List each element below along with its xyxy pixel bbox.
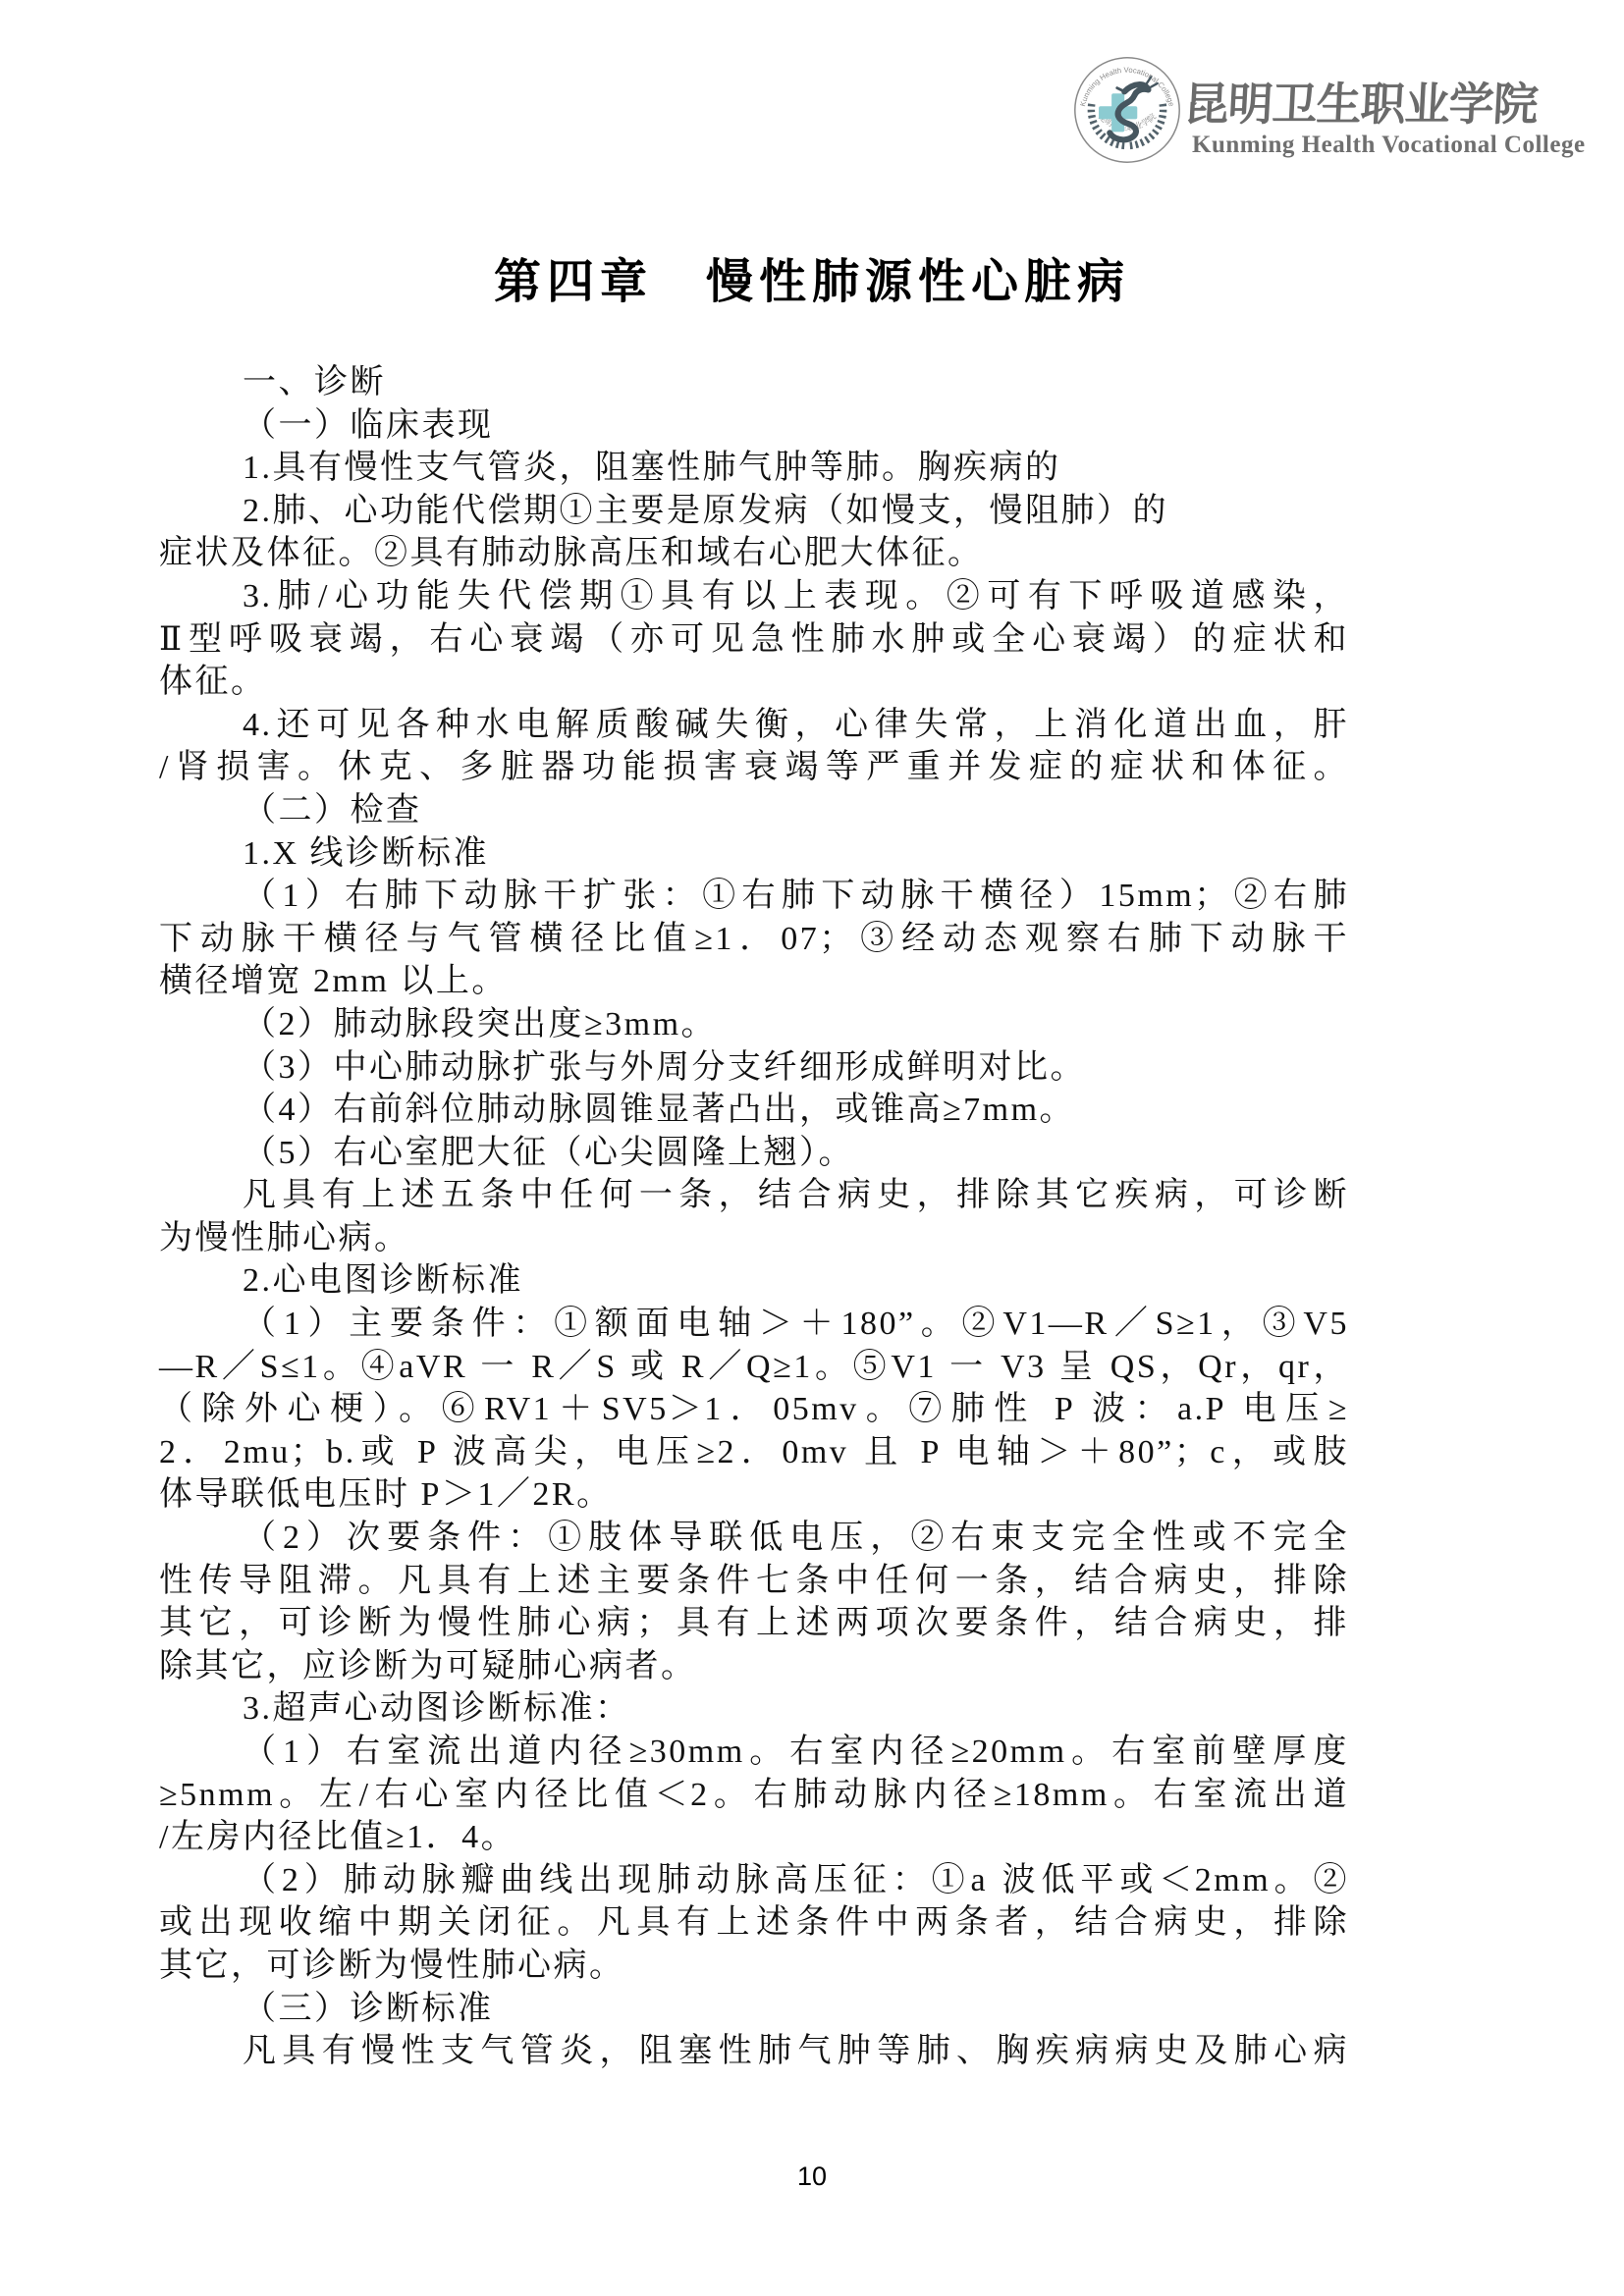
text-line: 2．2mu；b.或 P 波高尖，电压≥2．0mv 且 P 电轴＞＋80”；c，或… [159, 1431, 1349, 1474]
text-line: （2）肺动脉段突出度≥3mm。 [159, 1003, 1349, 1046]
text-line: （二）检查 [159, 789, 1349, 832]
text-line: 症状及体征。②具有肺动脉高压和域右心肥大体征。 [159, 532, 1349, 575]
text-line: /左房内径比值≥1．4。 [159, 1816, 1349, 1859]
text-line: （4）右前斜位肺动脉圆锥显著凸出，或锥高≥7mm。 [159, 1089, 1349, 1132]
text-line: 下动脉干横径与气管横径比值≥1．07；③经动态观察右肺下动脉干 [159, 918, 1349, 961]
document-page: Kunming Health Vocational College 昆明卫生职业… [0, 0, 1624, 2296]
college-name-english: Kunming Health Vocational College [1192, 132, 1555, 159]
text-line: /肾损害。休克、多脏器功能损害衰竭等严重并发症的症状和体征。 [159, 746, 1349, 789]
text-line: 或出现收缩中期关闭征。凡具有上述条件中两条者，结合病史，排除 [159, 1901, 1349, 1945]
college-name-calligraphy: 昆明卫生职业学院 [1182, 69, 1544, 130]
text-line: 除其它，应诊断为可疑肺心病者。 [159, 1645, 1349, 1688]
text-line: 4.还可见各种水电解质酸碱失衡，心律失常，上消化道出血，肝 [159, 704, 1349, 747]
text-line: 2.心电图诊断标准 [159, 1259, 1349, 1303]
text-line: Ⅱ型呼吸衰竭，右心衰竭（亦可见急性肺水肿或全心衰竭）的症状和 [159, 618, 1349, 662]
text-line: （三）诊断标准 [159, 1988, 1349, 2031]
text-line: （2）次要条件：①肢体导联低电压，②右束支完全性或不完全 [159, 1517, 1349, 1560]
text-line: 横径增宽 2mm 以上。 [159, 960, 1349, 1003]
text-line: 凡具有上述五条中任何一条，结合病史，排除其它疾病，可诊断 [159, 1174, 1349, 1217]
text-line: 3.肺/心功能失代偿期①具有以上表现。②可有下呼吸道感染， [159, 575, 1349, 618]
text-line: 一、诊断 [159, 361, 1349, 404]
text-line: 2.肺、心功能代偿期①主要是原发病（如慢支，慢阻肺）的 [159, 490, 1349, 533]
college-seal-logo: Kunming Health Vocational College 昆明卫生职业… [1072, 55, 1182, 165]
text-line: 其它，可诊断为慢性肺心病；具有上述两项次要条件，结合病史，排 [159, 1602, 1349, 1645]
text-line: 1.具有慢性支气管炎，阻塞性肺气肿等肺。胸疾病的 [159, 447, 1349, 490]
text-line: （1）右肺下动脉干扩张：①右肺下动脉干横径）15mm；②右肺 [159, 875, 1349, 918]
text-line: （1）右室流出道内径≥30mm。右室内径≥20mm。右室前壁厚度 [159, 1731, 1349, 1774]
text-line: 凡具有慢性支气管炎，阻塞性肺气肿等肺、胸疾病病史及肺心病 [159, 2030, 1349, 2073]
text-line: 3.超声心动图诊断标准： [159, 1687, 1349, 1731]
text-line: ≥5nmm。左/右心室内径比值＜2。右肺动脉内径≥18mm。右室流出道 [159, 1774, 1349, 1817]
text-line: （除外心梗）。⑥RV1＋SV5＞1．05mv。⑦肺性 P 波：a.P 电压≥ [159, 1388, 1349, 1431]
text-line: 体导联低电压时 P＞1／2R。 [159, 1473, 1349, 1517]
text-line: （5）右心室肥大征（心尖圆隆上翘）。 [159, 1132, 1349, 1175]
text-line: 为慢性肺心病。 [159, 1217, 1349, 1260]
text-line: 1.X 线诊断标准 [159, 832, 1349, 876]
text-line: 体征。 [159, 661, 1349, 704]
text-line: —R／S≤1。④aVR 一 R／S 或 R／Q≥1。⑤V1 一 V3 呈 QS，… [159, 1346, 1349, 1389]
body-text: 一、诊断（一）临床表现1.具有慢性支气管炎，阻塞性肺气肿等肺。胸疾病的2.肺、心… [159, 361, 1349, 2073]
page-header: Kunming Health Vocational College 昆明卫生职业… [0, 0, 1624, 206]
text-line: （1）主要条件：①额面电轴＞＋180”。②V1—R／S≥1，③V5 [159, 1303, 1349, 1346]
text-line: 性传导阻滞。凡具有上述主要条件七条中任何一条，结合病史，排除 [159, 1560, 1349, 1603]
chapter-title: 第四章 慢性肺源性心脏病 [0, 243, 1624, 311]
text-line: （3）中心肺动脉扩张与外周分支纤细形成鲜明对比。 [159, 1046, 1349, 1090]
text-line: （2）肺动脉瓣曲线出现肺动脉高压征：①a 波低平或＜2mm。② [159, 1859, 1349, 1902]
text-line: （一）临床表现 [159, 404, 1349, 448]
text-line: 其它，可诊断为慢性肺心病。 [159, 1945, 1349, 1988]
page-number: 10 [0, 2162, 1624, 2192]
